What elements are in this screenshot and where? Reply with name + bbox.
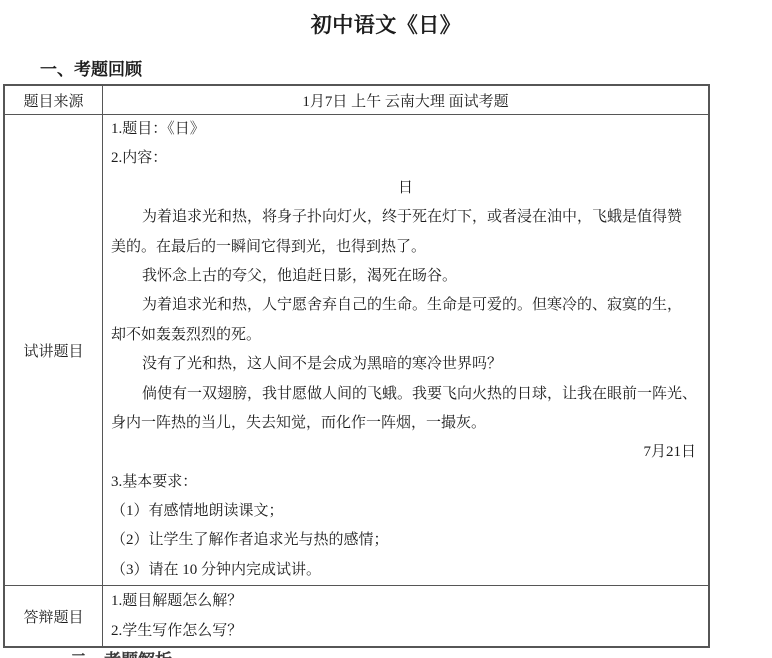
- table-row-source: 题目来源 1月7日 上午 云南大理 面试考题: [5, 86, 708, 114]
- section-heading-exam-review: 一、考题回顾: [40, 55, 772, 80]
- trial-line: 为着追求光和热，人宁愿舍弃自己的生命。生命是可爱的。但寒冷的、寂寞的生，: [111, 291, 700, 320]
- trial-line: 却不如轰轰烈烈的死。: [111, 321, 700, 350]
- source-row-value: 1月7日 上午 云南大理 面试考题: [103, 86, 708, 114]
- source-row-label: 题目来源: [5, 86, 103, 114]
- trial-line: 美的。在最后的一瞬间它得到光，也得到热了。: [111, 233, 700, 262]
- table-row-trial-topic: 试讲题目 1.题目：《日》 2.内容： 日 为着追求光和热，将身子扑向灯火，终于…: [5, 114, 708, 585]
- defense-row-content: 1.题目解题怎么解？ 2.学生写作怎么写？: [103, 586, 708, 646]
- trial-line-date: 7月21日: [111, 438, 700, 467]
- trial-line: 3.基本要求：: [111, 468, 700, 497]
- page-title: 初中语文《日》: [0, 0, 772, 39]
- trial-line: （3）请在 10 分钟内完成试讲。: [111, 556, 700, 585]
- trial-line: 2.内容：: [111, 144, 700, 173]
- table-row-defense-topic: 答辩题目 1.题目解题怎么解？ 2.学生写作怎么写？: [5, 585, 708, 646]
- defense-line: 1.题目解题怎么解？: [111, 586, 700, 616]
- defense-line: 2.学生写作怎么写？: [111, 616, 700, 646]
- trial-line: （2）让学生了解作者追求光与热的感情；: [111, 526, 700, 555]
- trial-line: 没有了光和热，这人间不是会成为黑暗的寒冷世界吗？: [111, 350, 700, 379]
- exam-question-table: 题目来源 1月7日 上午 云南大理 面试考题 试讲题目 1.题目：《日》 2.内…: [3, 84, 710, 648]
- trial-line: 为着追求光和热，将身子扑向灯火，终于死在灯下，或者浸在油中，飞蛾是值得赞: [111, 203, 700, 232]
- defense-row-label: 答辩题目: [5, 586, 103, 646]
- section-heading-exam-analysis-clipped: 二、考题解析: [70, 651, 172, 658]
- trial-line: 身内一阵热的当儿，失去知觉，而化作一阵烟，一撮灰。: [111, 409, 700, 438]
- trial-line: 1.题目：《日》: [111, 115, 700, 144]
- trial-line-poem-title: 日: [111, 174, 700, 203]
- trial-line: 我怀念上古的夸父，他追赶日影，渴死在旸谷。: [111, 262, 700, 291]
- trial-row-label: 试讲题目: [5, 115, 103, 585]
- trial-line: （1）有感情地朗读课文；: [111, 497, 700, 526]
- trial-line: 倘使有一双翅膀，我甘愿做人间的飞蛾。我要飞向火热的日球，让我在眼前一阵光、: [111, 380, 700, 409]
- trial-row-content: 1.题目：《日》 2.内容： 日 为着追求光和热，将身子扑向灯火，终于死在灯下，…: [103, 115, 708, 585]
